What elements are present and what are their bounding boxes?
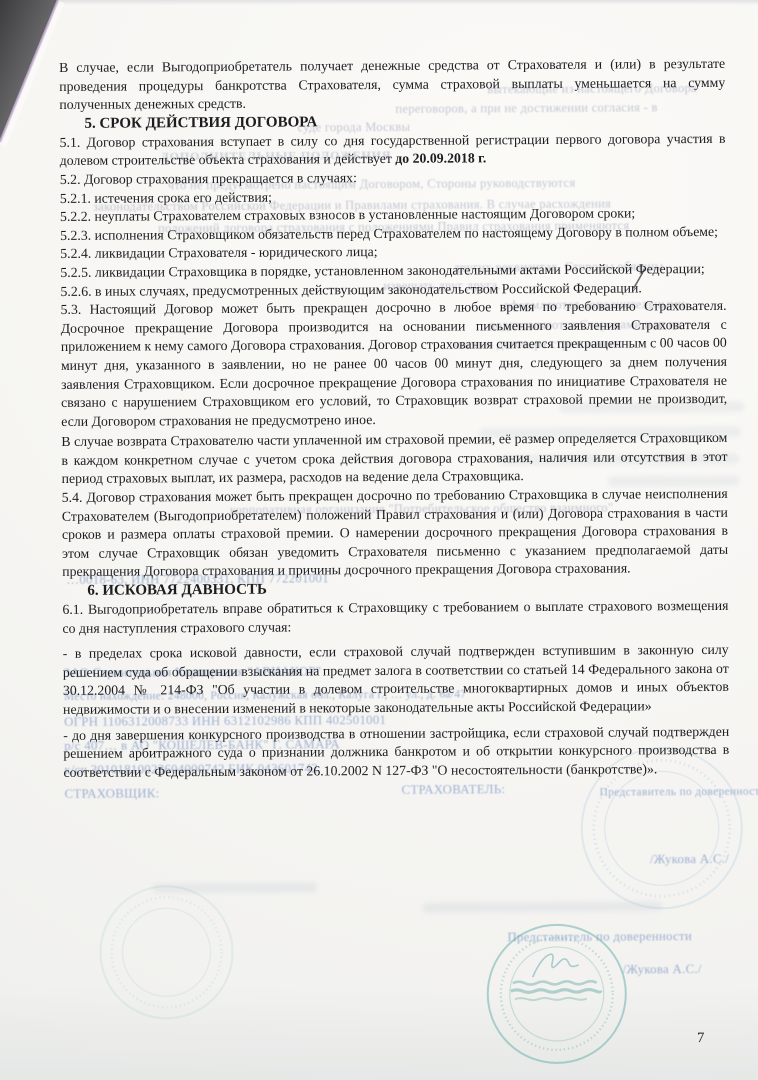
round-stamp-lower bbox=[484, 920, 631, 1071]
paragraph-beneficiary-offset: В случае, если Выгодоприобретатель получ… bbox=[59, 55, 725, 115]
bleedthrough-insured-label: СТРАХОВАТЕЛЬ: bbox=[401, 782, 505, 798]
clause-5-4: 5.4. Договор страхования может быть прек… bbox=[62, 485, 729, 582]
clause-6-1: 6.1. Выгодоприобретатель вправе обратить… bbox=[62, 597, 728, 638]
clause-6-1-bullet-1: - в пределах срока исковой давности, есл… bbox=[63, 641, 729, 719]
contract-end-date: до 20.09.2018 г. bbox=[395, 151, 486, 167]
clause-5-1: 5.1. Договор страхования вступает в силу… bbox=[60, 130, 726, 171]
document-body: В случае, если Выгодоприобретатель получ… bbox=[59, 48, 729, 782]
clause-6-1-bullet-2: - до дня завершения конкурсного производ… bbox=[63, 722, 729, 782]
scanned-document-page: вытекающие из настоящего Договора перего… bbox=[0, 0, 758, 1080]
page-number: 7 bbox=[697, 1030, 704, 1047]
round-stamp-left bbox=[95, 881, 238, 1024]
page-content-layer: вытекающие из настоящего Договора перего… bbox=[0, 0, 758, 1080]
scanner-corner-fold bbox=[0, 0, 64, 150]
bleedthrough-signature-name: /Жукова А.С./ bbox=[623, 962, 702, 977]
signature-scribble bbox=[533, 954, 579, 977]
paragraph-premium-return: В случае возврата Страхователю части упл… bbox=[61, 429, 727, 489]
bleedthrough-insurer-label: СТРАХОВЩИК: bbox=[65, 786, 160, 802]
clause-5-3: 5.3. Настоящий Договор может быть прекра… bbox=[61, 297, 728, 431]
